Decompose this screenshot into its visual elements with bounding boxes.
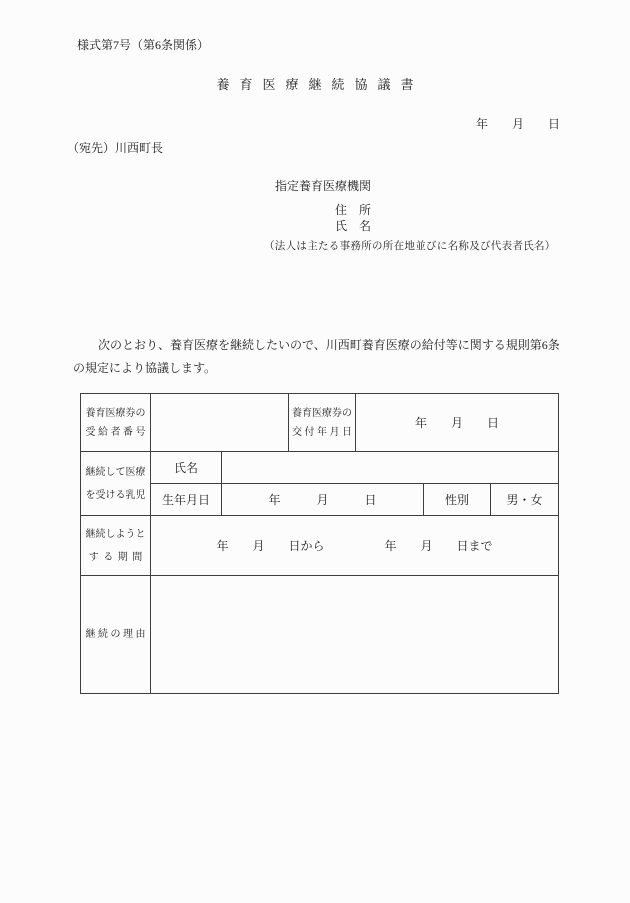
period-label-line2: する期間 [81,546,150,569]
birth-date-label-cell: 生年月日 [151,484,222,516]
addressee-line: （宛先）川西町長 [67,139,163,156]
continuation-period-label-cell: 継続しようと する期間 [81,516,151,576]
infant-label-line2: を受ける乳児 [81,484,150,507]
voucher-issue-label-line2: 交付年月日 [289,423,355,442]
sex-label-cell: 性別 [424,484,491,516]
document-page: 様式第7号（第6条関係） 養育医療継続協議書 年 月 日 （宛先）川西町長 指定… [0,0,630,903]
birth-date-value-cell: 年 月 日 [222,484,424,516]
continuation-period-value-cell: 年 月 日から 年 月 日まで [151,516,559,576]
period-label-line1: 継続しようと [81,523,150,546]
application-table: 養育医療券の 受給者番号 養育医療券の 交付年月日 年 月 日 継続して医療 を… [80,393,559,694]
corporation-note: （法人は主たる事務所の所在地並びに名称及び代表者氏名） [264,238,556,253]
voucher-number-label-line1: 養育医療券の [81,404,150,423]
infant-name-label-cell: 氏名 [151,452,222,484]
voucher-issue-date-value-cell: 年 月 日 [356,394,559,452]
body-paragraph: 次のとおり、養育医療を継続したいので、川西町養育医療の給付等に関する規則第6条 … [73,334,563,380]
form-number: 様式第7号（第6条関係） [77,36,209,53]
infant-name-value-cell [222,452,559,484]
date-line: 年 月 日 [476,115,560,132]
voucher-number-label-line2: 受給者番号 [81,423,150,442]
infant-label-cell: 継続して医療 を受ける乳児 [81,452,151,516]
voucher-issue-label-line1: 養育医療券の [289,404,355,423]
institution-name-label: 氏 名 [335,217,371,234]
body-paragraph-line-2: の規定により協議します。 [73,357,563,380]
designated-institution-label: 指定養育医療機関 [275,177,371,194]
institution-address-label: 住 所 [335,201,371,218]
table-row: 継続しようと する期間 年 月 日から 年 月 日まで [81,516,559,576]
sex-value-cell: 男・女 [491,484,559,516]
voucher-issue-date-label-cell: 養育医療券の 交付年月日 [289,394,356,452]
voucher-number-value-cell [151,394,289,452]
continuation-reason-value-cell [151,576,559,694]
continuation-reason-label-cell: 継続の理由 [81,576,151,694]
reason-label-line: 継続の理由 [81,625,150,644]
infant-label-line1: 継続して医療 [81,461,150,484]
table-row: 養育医療券の 受給者番号 養育医療券の 交付年月日 年 月 日 [81,394,559,452]
page-title: 養育医療継続協議書 [0,74,630,93]
voucher-number-label-cell: 養育医療券の 受給者番号 [81,394,151,452]
table-row: 継続の理由 [81,576,559,694]
table-row: 生年月日 年 月 日 性別 男・女 [81,484,559,516]
table-row: 継続して医療 を受ける乳児 氏名 [81,452,559,484]
body-paragraph-line-1: 次のとおり、養育医療を継続したいので、川西町養育医療の給付等に関する規則第6条 [73,334,563,357]
